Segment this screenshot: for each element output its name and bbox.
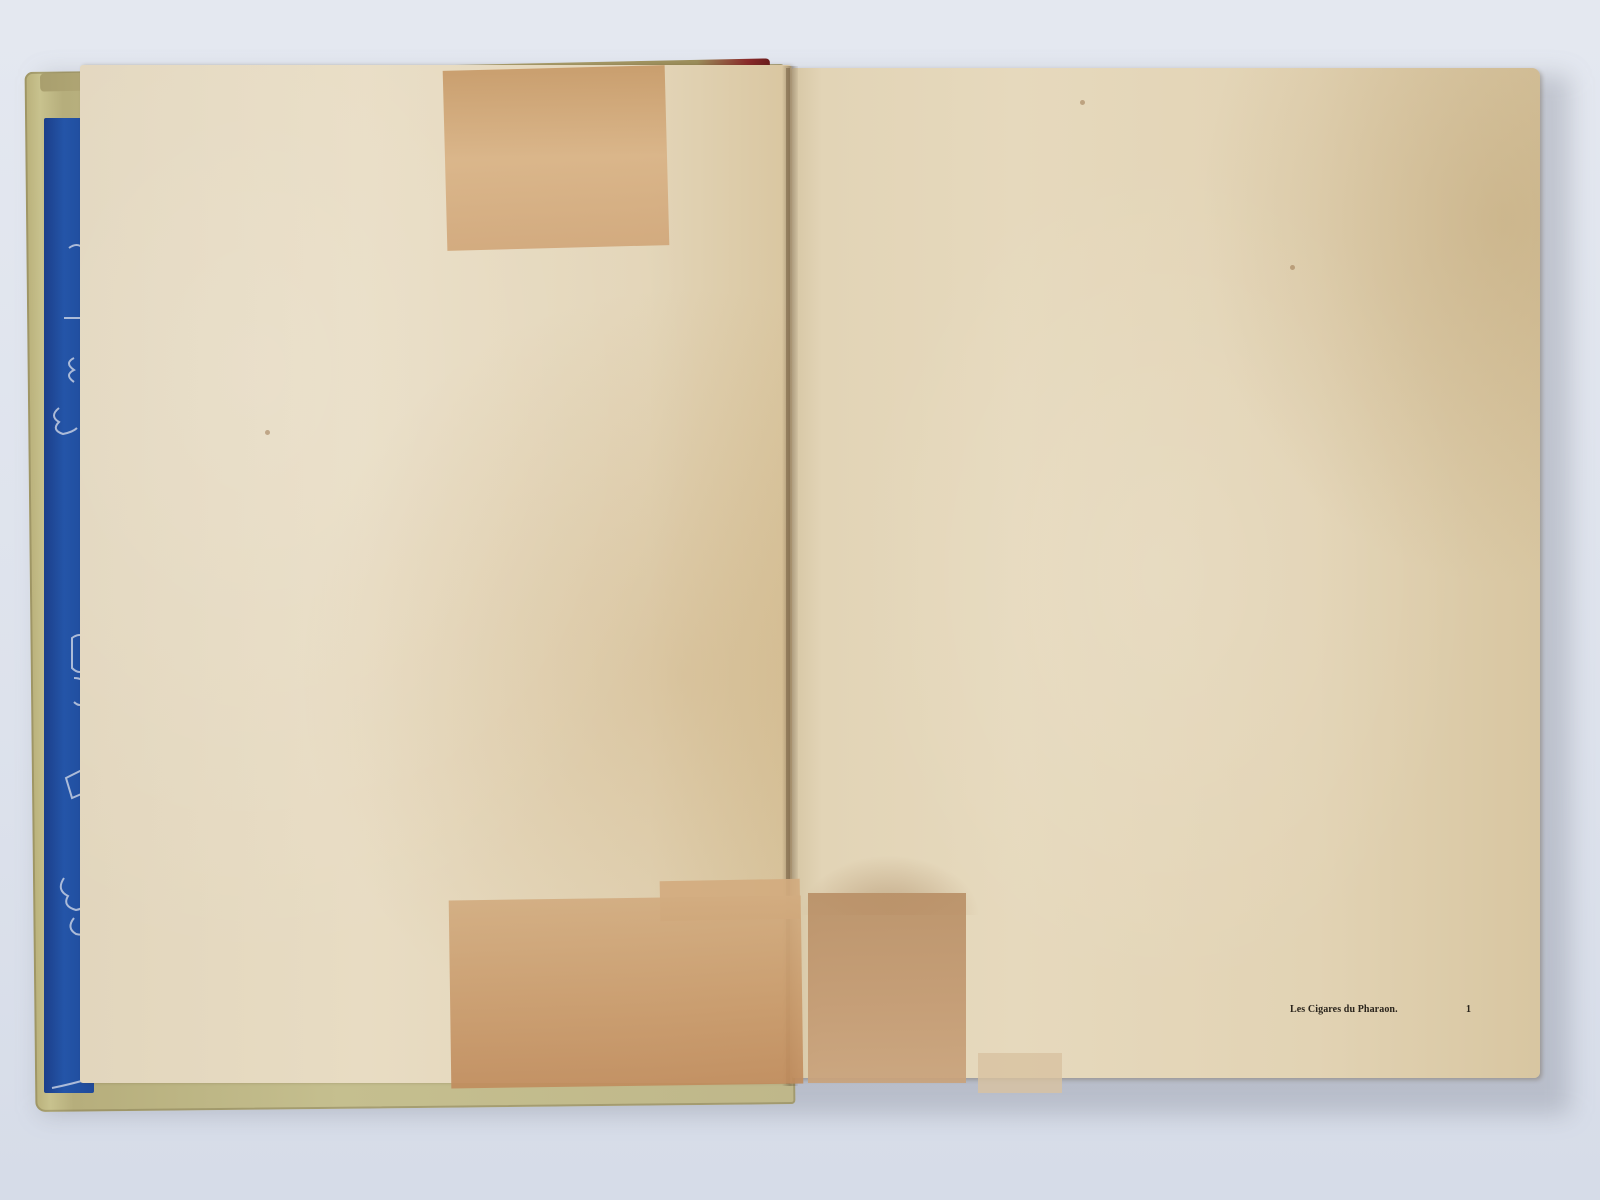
page-caption: Les Cigares du Pharaon. (1290, 1004, 1398, 1015)
tape-bottom-left (449, 896, 804, 1089)
book-photo: Les Cigares du Pharaon. 1 (0, 0, 1600, 1200)
tape-bottom-gutter-right (808, 893, 966, 1083)
foxing-spot (265, 430, 270, 435)
foxing-spot (1290, 265, 1295, 270)
tape-top-left (443, 65, 670, 251)
page-number: 1 (1466, 1004, 1471, 1015)
foxing-spot (1080, 100, 1085, 105)
tape-small-right (978, 1053, 1062, 1093)
